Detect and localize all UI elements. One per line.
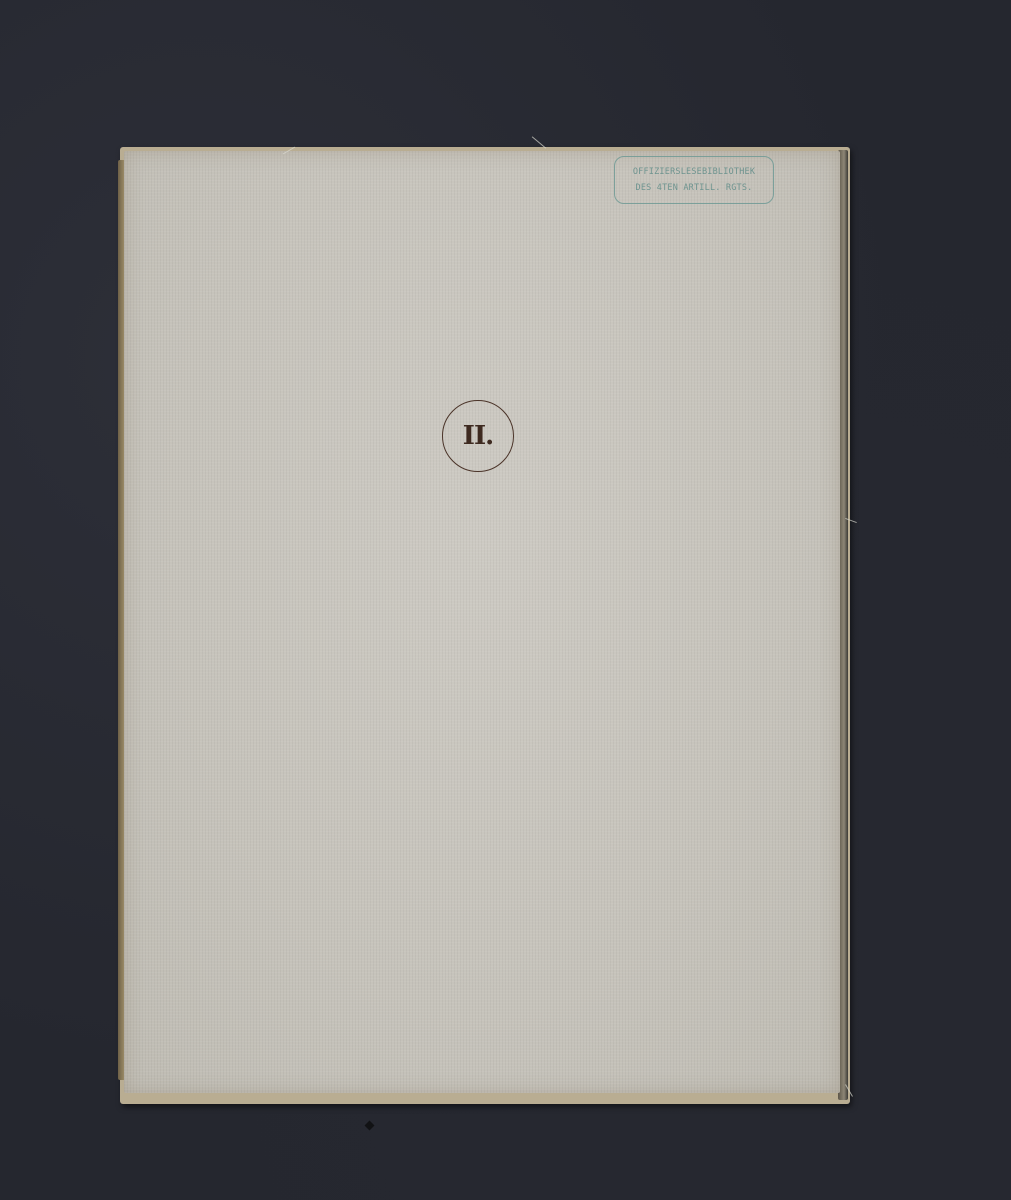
- photo-scene: OFFIZIERSLESEBIBLIOTHEK DES 4TEN ARTILL.…: [0, 0, 1011, 1200]
- stamp-line-2: DES 4TEN ARTILL. RGTS.: [636, 183, 753, 193]
- book-back-cover: [124, 151, 840, 1093]
- volume-numeral: II.: [463, 421, 493, 451]
- volume-number-circle: II.: [442, 400, 514, 472]
- library-stamp: OFFIZIERSLESEBIBLIOTHEK DES 4TEN ARTILL.…: [614, 156, 774, 204]
- stamp-line-1: OFFIZIERSLESEBIBLIOTHEK: [633, 167, 755, 177]
- debris-speck: [365, 1121, 375, 1131]
